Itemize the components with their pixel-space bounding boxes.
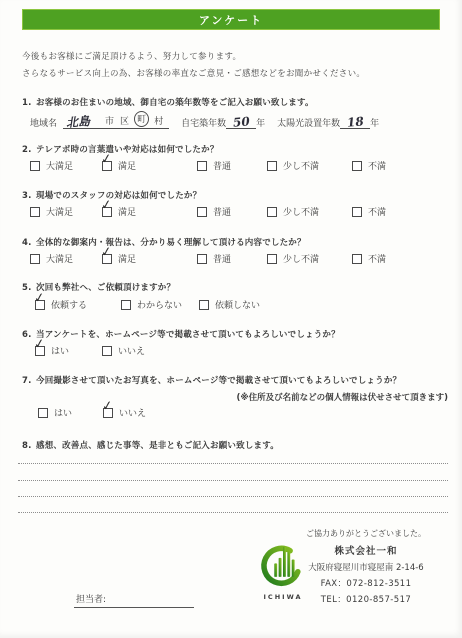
unit-son: 村 (154, 114, 163, 127)
intro-line-2: さらなるサービス向上の為、お客様の率直なご意見・ご感想などをお聞かせください。 (22, 67, 365, 79)
question-6-title: 6.当アンケートを、ホームページ等で掲載させて頂いてもよろしいでしょうか？ (22, 328, 340, 340)
question-5-title: 5.次回も弊社へ、ご依頼頂けますか？ (22, 281, 175, 293)
page-title: アンケート (199, 12, 263, 28)
solar-label: 太陽光設置年数 (277, 116, 340, 129)
checkbox-unchecked: ✓ (352, 254, 362, 264)
check-mark-icon: ✓ (100, 151, 113, 167)
option-label: 少し不満 (283, 205, 319, 218)
answer-line-3 (18, 496, 448, 497)
option-label: 満足 (118, 252, 136, 265)
region-label: 地域名 (30, 116, 57, 129)
ichiwa-logo-icon (259, 542, 307, 588)
option-label: 依頼する (51, 298, 87, 311)
answer-line-4 (18, 512, 448, 513)
checkbox-unchecked: ✓ (30, 161, 40, 171)
checkbox-unchecked: ✓ (267, 254, 277, 264)
option-label: 大満足 (46, 205, 73, 218)
question-8-text: 感想、改善点、感じた事等、是非ともご記入お願い致します。 (36, 441, 279, 451)
checkbox-unchecked: ✓ (197, 207, 207, 217)
question-2-options: ✓大満足 ✓満足 ✓普通 ✓少し不満 ✓不満 (30, 159, 386, 172)
checkbox-checked: ✓ (35, 300, 45, 310)
question-7-title: 7.今回撮影させて頂いたお写真を、ホームページ等で掲載させて頂いてもよろしいでし… (22, 374, 401, 386)
question-6-options: ✓はい ✓いいえ (35, 344, 145, 357)
staff-label: 担当者: (76, 595, 106, 605)
checkbox-checked: ✓ (102, 161, 112, 171)
option-label: いいえ (119, 406, 146, 419)
solar-fill-line: 18 (340, 117, 370, 129)
question-1-number: 1. (22, 98, 36, 108)
question-4-text: 全体的な御案内・報告は、分かり易く理解して頂ける内容でしたか？ (36, 238, 306, 248)
question-2-title: 2.テレアポ時の言葉遣いや対応は如何でしたか？ (22, 143, 219, 155)
unit-cho-circled: 町 (134, 111, 149, 127)
question-5-text: 次回も弊社へ、ご依頼頂けますか？ (36, 283, 175, 293)
home-age-fill-line: 50 (226, 117, 256, 129)
checkbox-unchecked: ✓ (267, 161, 277, 171)
staff-fill-line: 担当者: (74, 592, 194, 608)
question-7-text: 今回撮影させて頂いたお写真を、ホームページ等で掲載させて頂いてもよろしいでしょう… (36, 376, 401, 386)
checkbox-checked: ✓ (102, 254, 112, 264)
checkbox-unchecked: ✓ (30, 207, 40, 217)
check-mark-icon: ✓ (100, 244, 113, 260)
question-4-number: 4. (22, 238, 36, 248)
question-3-title: 3.現場でのスタッフの対応は如何でしたか？ (22, 189, 201, 201)
checkbox-unchecked: ✓ (199, 300, 209, 310)
question-2-number: 2. (22, 145, 36, 155)
logo-text: ICHIWA (256, 593, 310, 601)
question-1-text: お客様のお住まいの地域、御自宅の築年数等をご記入お願い致します。 (36, 98, 314, 108)
question-7-options: ✓はい ✓いいえ (38, 406, 146, 419)
questionnaire-scan: アンケート 今後もお客様にご満足頂けるよう、努力して参ります。 さらなるサービス… (0, 0, 462, 638)
option-label: 普通 (213, 205, 231, 218)
option-label: 大満足 (46, 159, 73, 172)
checkbox-unchecked: ✓ (38, 408, 48, 418)
option-label: 少し不満 (283, 252, 319, 265)
home-age-handwritten-value: 50 (232, 116, 250, 127)
check-mark-icon: ✓ (100, 197, 113, 213)
checkbox-unchecked: ✓ (197, 254, 207, 264)
answer-line-2 (18, 480, 448, 481)
option-label: わからない (137, 298, 182, 311)
checkbox-unchecked: ✓ (30, 254, 40, 264)
checkbox-unchecked: ✓ (352, 161, 362, 171)
company-logo: ICHIWA (256, 542, 310, 601)
question-2-text: テレアポ時の言葉遣いや対応は如何でしたか？ (36, 145, 219, 155)
question-7-privacy-note: (※住所及び名前などの個人情報は伏せさせて頂きます) (236, 391, 448, 403)
question-8-number: 8. (22, 441, 36, 451)
solar-unit: 年 (370, 116, 379, 129)
question-3-text: 現場でのスタッフの対応は如何でしたか？ (36, 191, 201, 201)
check-mark-icon: ✓ (33, 336, 46, 352)
checkbox-unchecked: ✓ (121, 300, 131, 310)
header-bar: アンケート (22, 9, 440, 30)
home-age-unit: 年 (256, 116, 265, 129)
thanks-text: ご協力ありがとうございました。 (284, 528, 448, 539)
question-3-options: ✓大満足 ✓満足 ✓普通 ✓少し不満 ✓不満 (30, 205, 386, 218)
question-3-number: 3. (22, 191, 36, 201)
option-label: 大満足 (46, 252, 73, 265)
region-fill-line: 北島 市 区 町 村 (63, 111, 169, 129)
option-label: 依頼しない (215, 298, 260, 311)
checkbox-unchecked: ✓ (352, 207, 362, 217)
option-label: 普通 (213, 252, 231, 265)
question-4-options: ✓大満足 ✓満足 ✓普通 ✓少し不満 ✓不満 (30, 252, 386, 265)
option-label: 普通 (213, 159, 231, 172)
question-4-title: 4.全体的な御案内・報告は、分かり易く理解して頂ける内容でしたか？ (22, 236, 306, 248)
question-6-text: 当アンケートを、ホームページ等で掲載させて頂いてもよろしいでしょうか？ (36, 330, 340, 340)
option-label: 不満 (368, 252, 386, 265)
checkbox-checked: ✓ (103, 408, 113, 418)
unit-shi: 市 (105, 114, 114, 127)
question-1-answer-row: 地域名 北島 市 区 町 村 自宅築年数 50 年 太陽光設置年数 18 年 (30, 111, 379, 129)
option-label: 不満 (368, 159, 386, 172)
unit-ku: 区 (120, 114, 129, 127)
check-mark-icon: ✓ (33, 290, 46, 306)
home-age-label: 自宅築年数 (181, 116, 226, 129)
check-mark-icon: ✓ (101, 398, 114, 414)
option-label: いいえ (118, 344, 145, 357)
checkbox-checked: ✓ (35, 346, 45, 356)
option-label: 満足 (118, 159, 136, 172)
intro-line-1: 今後もお客様にご満足頂けるよう、努力して参ります。 (22, 50, 241, 62)
option-label: 少し不満 (283, 159, 319, 172)
option-label: はい (54, 406, 72, 419)
question-5-options: ✓依頼する ✓わからない ✓依頼しない (35, 298, 260, 311)
solar-handwritten-value: 18 (346, 116, 364, 127)
option-label: 満足 (118, 205, 136, 218)
checkbox-unchecked: ✓ (267, 207, 277, 217)
staff-field: 担当者: (74, 592, 194, 608)
region-handwritten-value: 北島 (66, 116, 91, 128)
checkbox-unchecked: ✓ (197, 161, 207, 171)
question-1-title: 1.お客様のお住まいの地域、御自宅の築年数等をご記入お願い致します。 (22, 96, 314, 108)
option-label: 不満 (368, 205, 386, 218)
checkbox-unchecked: ✓ (102, 346, 112, 356)
answer-line-1 (18, 463, 448, 464)
question-7-number: 7. (22, 376, 36, 386)
checkbox-checked: ✓ (102, 207, 112, 217)
option-label: はい (51, 344, 69, 357)
question-8-title: 8.感想、改善点、感じた事等、是非ともご記入お願い致します。 (22, 439, 279, 451)
